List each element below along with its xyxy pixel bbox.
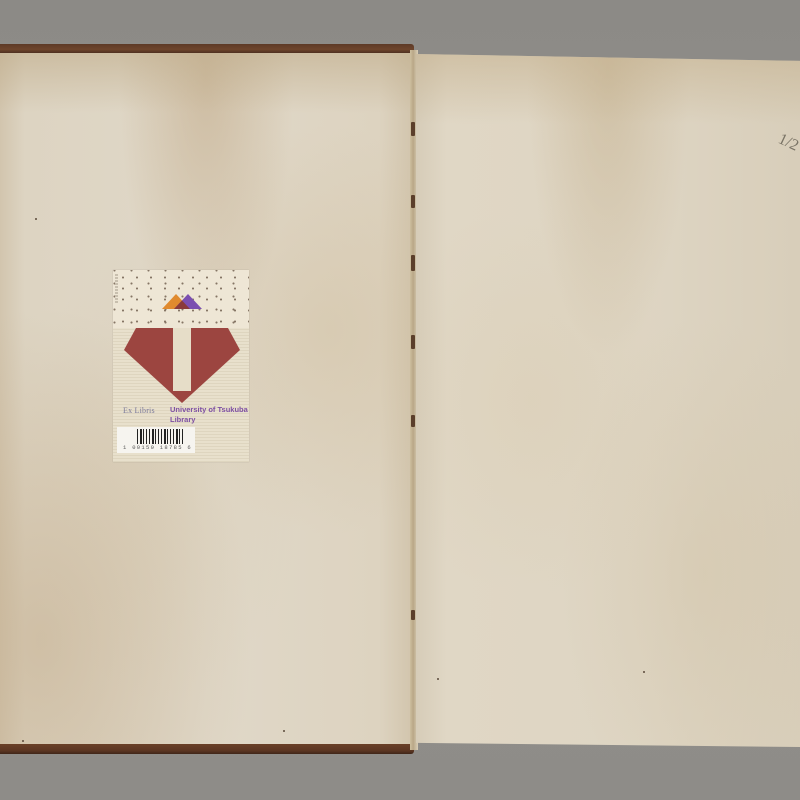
- paper-speck: [35, 218, 37, 220]
- institution-name: University of Tsukuba Library: [170, 405, 249, 425]
- mountain-logo-icon: [160, 292, 204, 310]
- bookplate-side-text: [115, 274, 118, 304]
- board-edge-bottom: [0, 744, 414, 754]
- sewing-thread: [411, 610, 415, 620]
- paper-speck: [22, 740, 24, 742]
- university-diamond-logo-icon: [124, 328, 240, 403]
- barcode-number: 1 00150 18785 6: [123, 444, 192, 451]
- sewing-thread: [411, 255, 415, 271]
- sewing-thread: [411, 195, 415, 208]
- board-edge-top: [0, 44, 414, 53]
- sewing-thread: [411, 122, 415, 136]
- institution-line-1: University of Tsukuba: [170, 405, 249, 415]
- barcode-icon: [137, 429, 183, 444]
- flyleaf-page: 1/2: [416, 54, 800, 747]
- institution-line-2: Library: [170, 415, 249, 425]
- paper-speck: [283, 730, 285, 732]
- sewing-thread: [411, 415, 415, 427]
- ex-libris-bookplate: Ex Libris University of Tsukuba Library …: [113, 270, 249, 462]
- paper-speck: [437, 678, 439, 680]
- exlibris-label: Ex Libris: [123, 406, 155, 415]
- sewing-thread: [411, 335, 415, 349]
- paper-speck: [643, 671, 645, 673]
- pencil-mark: 1/2: [775, 131, 800, 156]
